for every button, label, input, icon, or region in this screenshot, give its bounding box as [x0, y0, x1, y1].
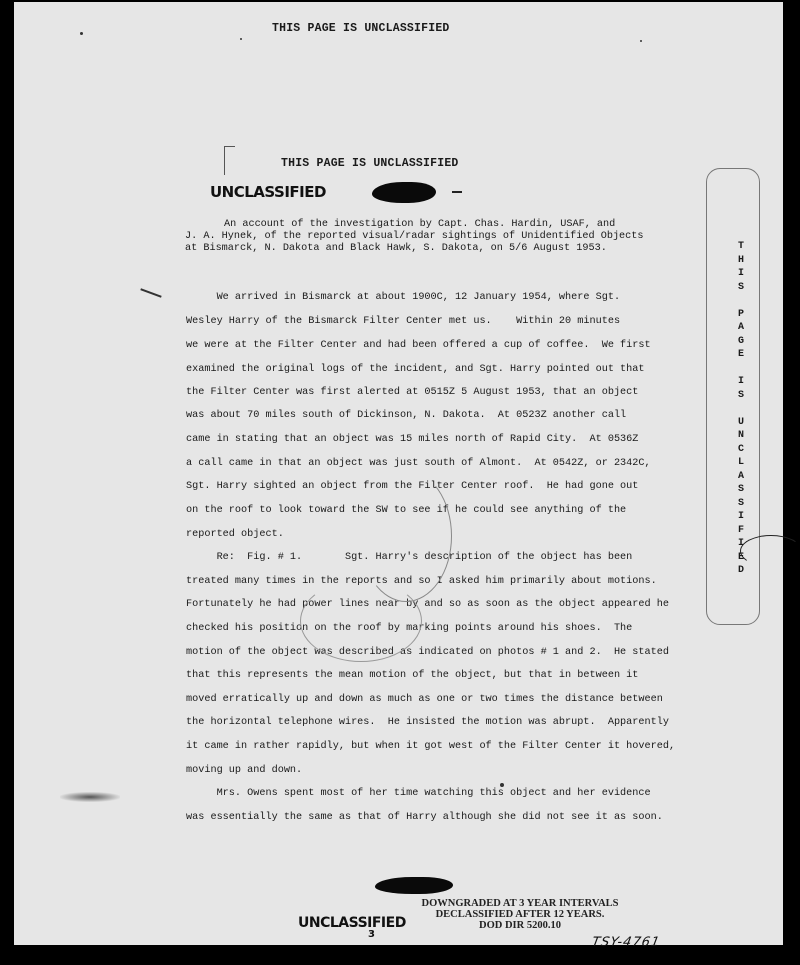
classification-header: THIS PAGE IS UNCLASSIFIED [281, 157, 459, 170]
body-line: we were at the Filter Center and had bee… [186, 340, 651, 351]
handwritten-reference: TSY-4761 [591, 935, 662, 950]
side-letter: L [736, 456, 746, 470]
side-letter: I [736, 375, 746, 389]
body-line: examined the original logs of the incide… [186, 364, 645, 375]
body-line: moving up and down. [186, 765, 302, 776]
side-letter: D [736, 564, 746, 578]
speck [80, 32, 83, 35]
body-line: came in stating that an object was 15 mi… [186, 434, 638, 445]
redaction-mark-bottom [375, 877, 453, 894]
side-letter: I [736, 510, 746, 524]
side-letter: G [736, 335, 746, 349]
page-number: 3 [368, 929, 374, 940]
side-letter: U [736, 416, 746, 430]
unclassified-stamp-bottom: UNCLASSIFIED [298, 915, 406, 931]
speck [640, 40, 642, 42]
side-letter: A [736, 321, 746, 335]
side-letter: T [736, 240, 746, 254]
side-letter: C [736, 443, 746, 457]
side-letter: S [736, 483, 746, 497]
side-stamp-hook [740, 535, 800, 567]
downgrade-line: DECLASSIFIED AFTER 12 YEARS. [400, 909, 640, 920]
side-letter: I [736, 267, 746, 281]
top-classification-header: THIS PAGE IS UNCLASSIFIED [272, 22, 450, 35]
downgrade-line: DOWNGRADED AT 3 YEAR INTERVALS [400, 898, 640, 909]
body-line: We arrived in Bismarck at about 1900C, 1… [186, 292, 620, 303]
body-line: was about 70 miles south of Dickinson, N… [186, 410, 626, 421]
ink-smudge [60, 792, 120, 802]
redaction-mark-top [372, 182, 436, 203]
body-line: the horizontal telephone wires. He insis… [186, 717, 669, 728]
body-line: Wesley Harry of the Bismarck Filter Cent… [186, 316, 620, 327]
side-letter: E [736, 348, 746, 362]
body-line: the Filter Center was first alerted at 0… [186, 387, 638, 398]
body-line: Fortunately he had power lines near by a… [186, 599, 669, 610]
side-gap [736, 362, 746, 376]
speck [240, 38, 242, 40]
unclassified-stamp-top: UNCLASSIFIED [210, 183, 326, 201]
side-letter: A [736, 470, 746, 484]
side-gap [736, 294, 746, 308]
side-letter: P [736, 308, 746, 322]
body-line: was essentially the same as that of Harr… [186, 812, 663, 823]
body-line: reported object. [186, 529, 284, 540]
side-gap [736, 402, 746, 416]
downgrade-stamp: DOWNGRADED AT 3 YEAR INTERVALS DECLASSIF… [400, 898, 640, 931]
dash-mark [452, 191, 462, 193]
stamp-trace-curve [300, 580, 422, 662]
speck [500, 783, 504, 787]
downgrade-line: DOD DIR 5200.10 [400, 920, 640, 931]
side-letter: S [736, 497, 746, 511]
side-classification-stamp: T H I S P A G E I S U N C L A S S I F I … [736, 240, 746, 578]
body-line: moved erratically up and down as much as… [186, 694, 663, 705]
side-letter: S [736, 281, 746, 295]
body-line: motion of the object was described as in… [186, 647, 669, 658]
intro-line-2: J. A. Hynek, of the reported visual/rada… [185, 231, 644, 243]
intro-line-3: at Bismarck, N. Dakota and Black Hawk, S… [185, 243, 607, 255]
intro-line-1: An account of the investigation by Capt.… [224, 219, 615, 231]
body-line: that this represents the mean motion of … [186, 670, 638, 681]
body-line: Mrs. Owens spent most of her time watchi… [186, 788, 651, 799]
side-letter: H [736, 254, 746, 268]
side-letter: N [736, 429, 746, 443]
body-line: a call came in that an object was just s… [186, 458, 651, 469]
body-line: it came in rather rapidly, but when it g… [186, 741, 675, 752]
side-letter: F [736, 524, 746, 538]
side-letter: S [736, 389, 746, 403]
corner-bracket-mark [224, 146, 235, 175]
